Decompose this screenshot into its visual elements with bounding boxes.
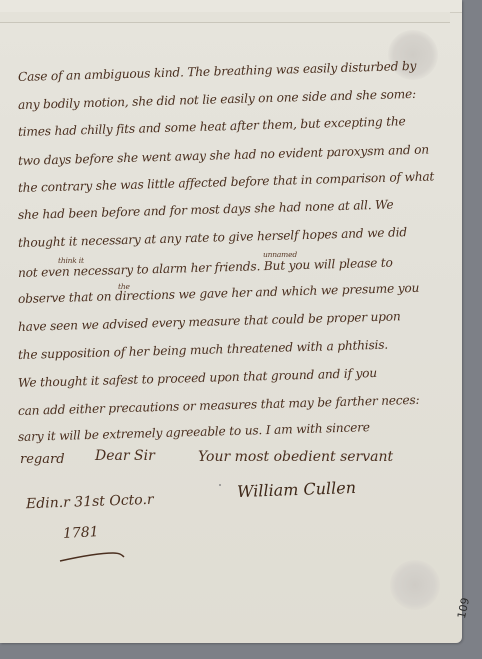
letter-line: thought it necessary at any rate to give… [18,225,407,250]
letter-line: times had chilly fits and some heat afte… [18,114,406,139]
letter-line-text: times had chilly fits and some heat afte… [18,114,406,139]
letter-line: have seen we advised every measure that … [18,309,401,334]
letter-line: two days before she went away she had no… [18,143,429,168]
flourish-underline [58,545,128,565]
letter-line: the contrary she was little affected bef… [18,169,435,195]
page-edge-fold-inner [0,12,450,23]
letter-line: Case of an ambiguous kind. The breathing… [18,59,417,84]
place-date: Edin.r 31st Octo.r [26,492,154,512]
letter-line: observe that on directions we gave her a… [18,281,420,306]
signature: William Cullen [237,478,357,501]
letter-line: any bodily motion, she did not lie easil… [18,87,416,112]
folio-number: 109 [455,596,472,619]
closing-salutation: Dear Sir [95,448,155,464]
year: 1781 [63,524,99,542]
letter-line: she had been before and for most days sh… [18,198,394,222]
manuscript-page: Case of an ambiguous kind. The breathing… [0,0,462,643]
letter-line: We thought it safest to proceed upon tha… [18,366,377,390]
letter-line: can add either precautions or measures t… [18,393,420,418]
letter-line: the supposition of her being much threat… [18,338,388,362]
closing-valediction: Your most obedient servant [198,449,393,465]
ink-dot [219,484,221,486]
letter-line: sary it will be extremely agreeable to u… [18,420,370,444]
paper-stain-bottom [390,560,440,610]
closing-regard: regard [20,452,65,467]
